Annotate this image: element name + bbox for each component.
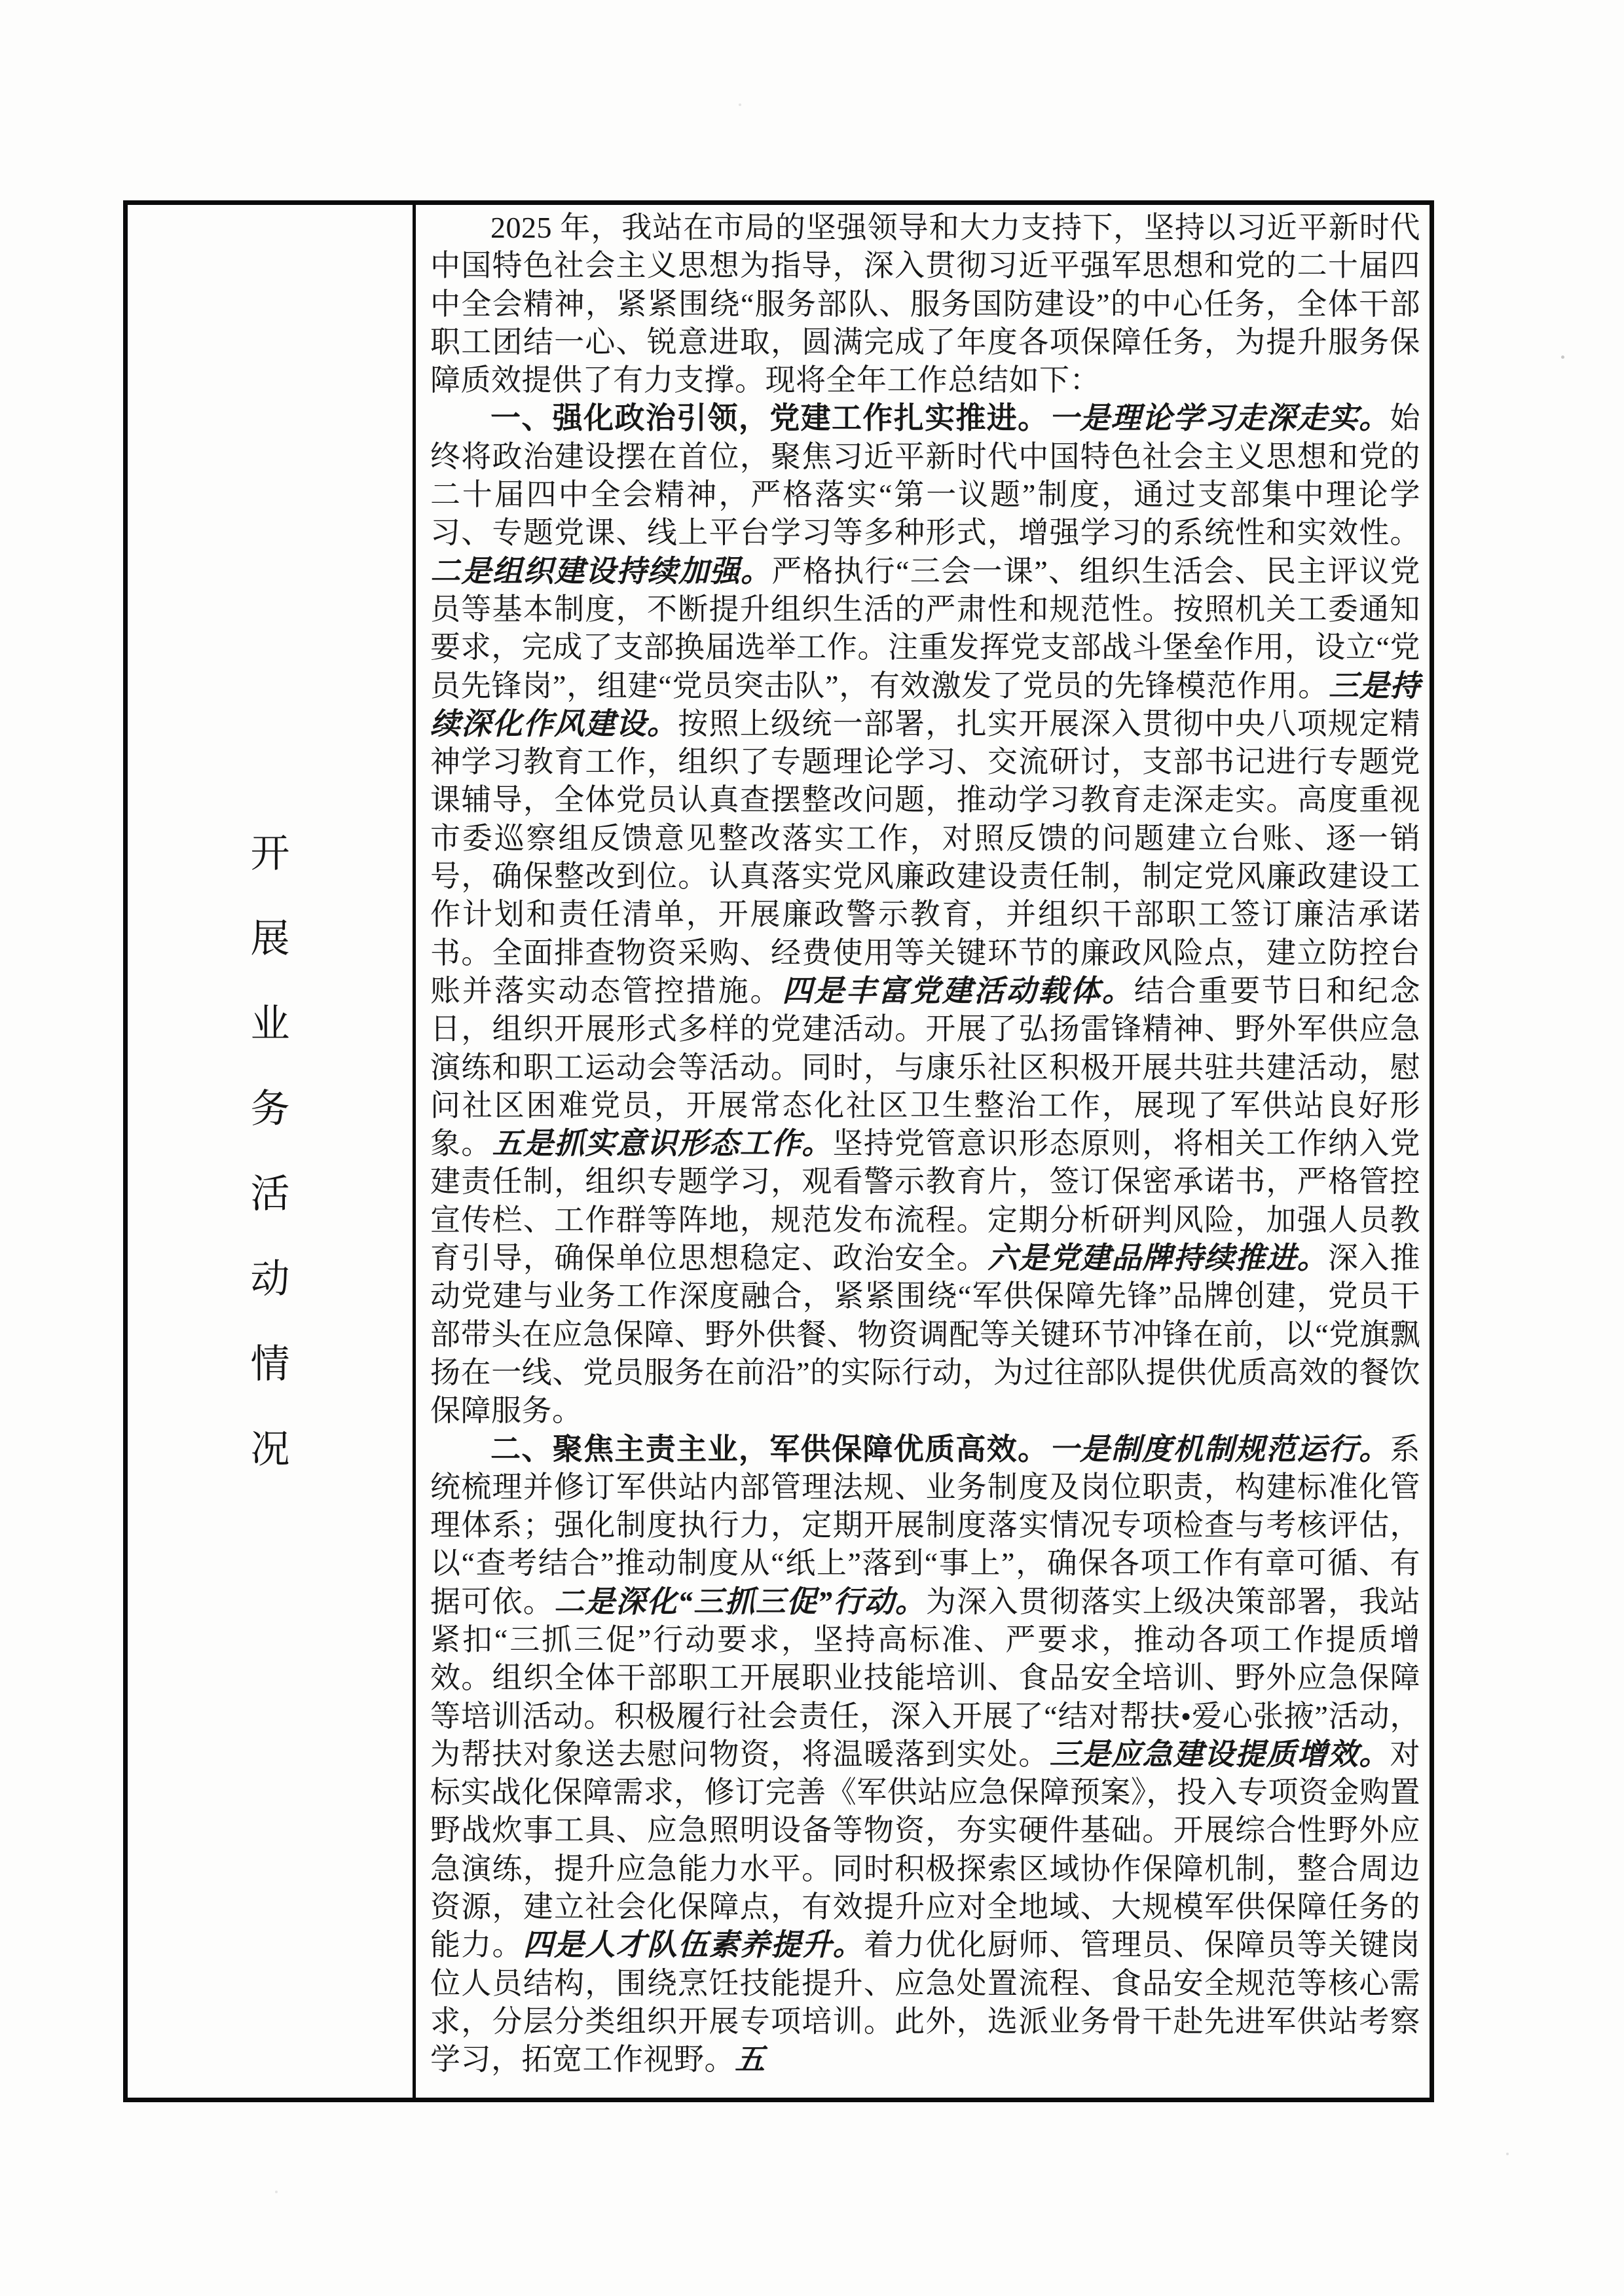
text-run: 一、强化政治引领，党建工作扎实推进。 [490, 401, 1049, 435]
text-run: 二、聚焦主责主业，军供保障优质高效。 [490, 1432, 1049, 1466]
text-run: 2025 年，我站在市局的坚强领导和大力支持下，坚持以习近平新时代中国特色社会主… [430, 211, 1420, 397]
section-label-char: 务 [251, 1089, 290, 1129]
report-paragraph: 2025 年，我站在市局的坚强领导和大力支持下，坚持以习近平新时代中国特色社会主… [430, 209, 1420, 399]
text-run: 六是党建品牌持续推进。 [987, 1241, 1328, 1275]
text-run: 五是抓实意识形态工作。 [492, 1127, 833, 1160]
text-run: 二是深化“三抓三促”行动。 [554, 1585, 926, 1618]
scan-speck [275, 2191, 278, 2193]
report-paragraph: 一、强化政治引领，党建工作扎实推进。一是理论学习走深走实。始终将政治建设摆在首位… [430, 399, 1420, 1430]
text-run: 三是应急建设提质增效。 [1049, 1738, 1390, 1771]
text-run: 一是制度机制规范运行。 [1049, 1432, 1390, 1466]
section-label-char: 业 [251, 1004, 290, 1044]
section-label-char: 活 [251, 1175, 290, 1214]
section-label-char: 开 [251, 834, 290, 873]
section-label-char: 展 [251, 919, 290, 958]
scanned-report-page: 开展业务活动情况 2025 年，我站在市局的坚强领导和大力支持下，坚持以习近平新… [0, 0, 1624, 2296]
text-run: 一是理论学习走深走实。 [1049, 401, 1390, 435]
scan-speck [1561, 355, 1564, 359]
text-run: 五 [735, 2043, 766, 2076]
scan-speck [1506, 2153, 1509, 2155]
section-label-char: 况 [251, 1430, 290, 1469]
text-run: 按照上级统一部署，扎实开展深入贯彻中央八项规定精神学习教育工作，组织了专题理论学… [430, 707, 1420, 1008]
section-label-char: 动 [251, 1260, 290, 1299]
text-run: 二是组织建设持续加强。 [430, 555, 771, 588]
section-label: 开展业务活动情况 [128, 205, 416, 2098]
report-text: 2025 年，我站在市局的坚强领导和大力支持下，坚持以习近平新时代中国特色社会主… [416, 205, 1430, 2098]
scan-speck [739, 103, 741, 106]
report-paragraph: 二、聚焦主责主业，军供保障优质高效。一是制度机制规范运行。系统梳理并修订军供站内… [430, 1430, 1420, 2079]
text-run: 四是人才队伍素养提升。 [523, 1928, 864, 1961]
section-label-char: 情 [251, 1345, 290, 1384]
text-run: 四是丰富党建活动载体。 [782, 974, 1134, 1008]
report-table: 开展业务活动情况 2025 年，我站在市局的坚强领导和大力支持下，坚持以习近平新… [123, 200, 1434, 2102]
